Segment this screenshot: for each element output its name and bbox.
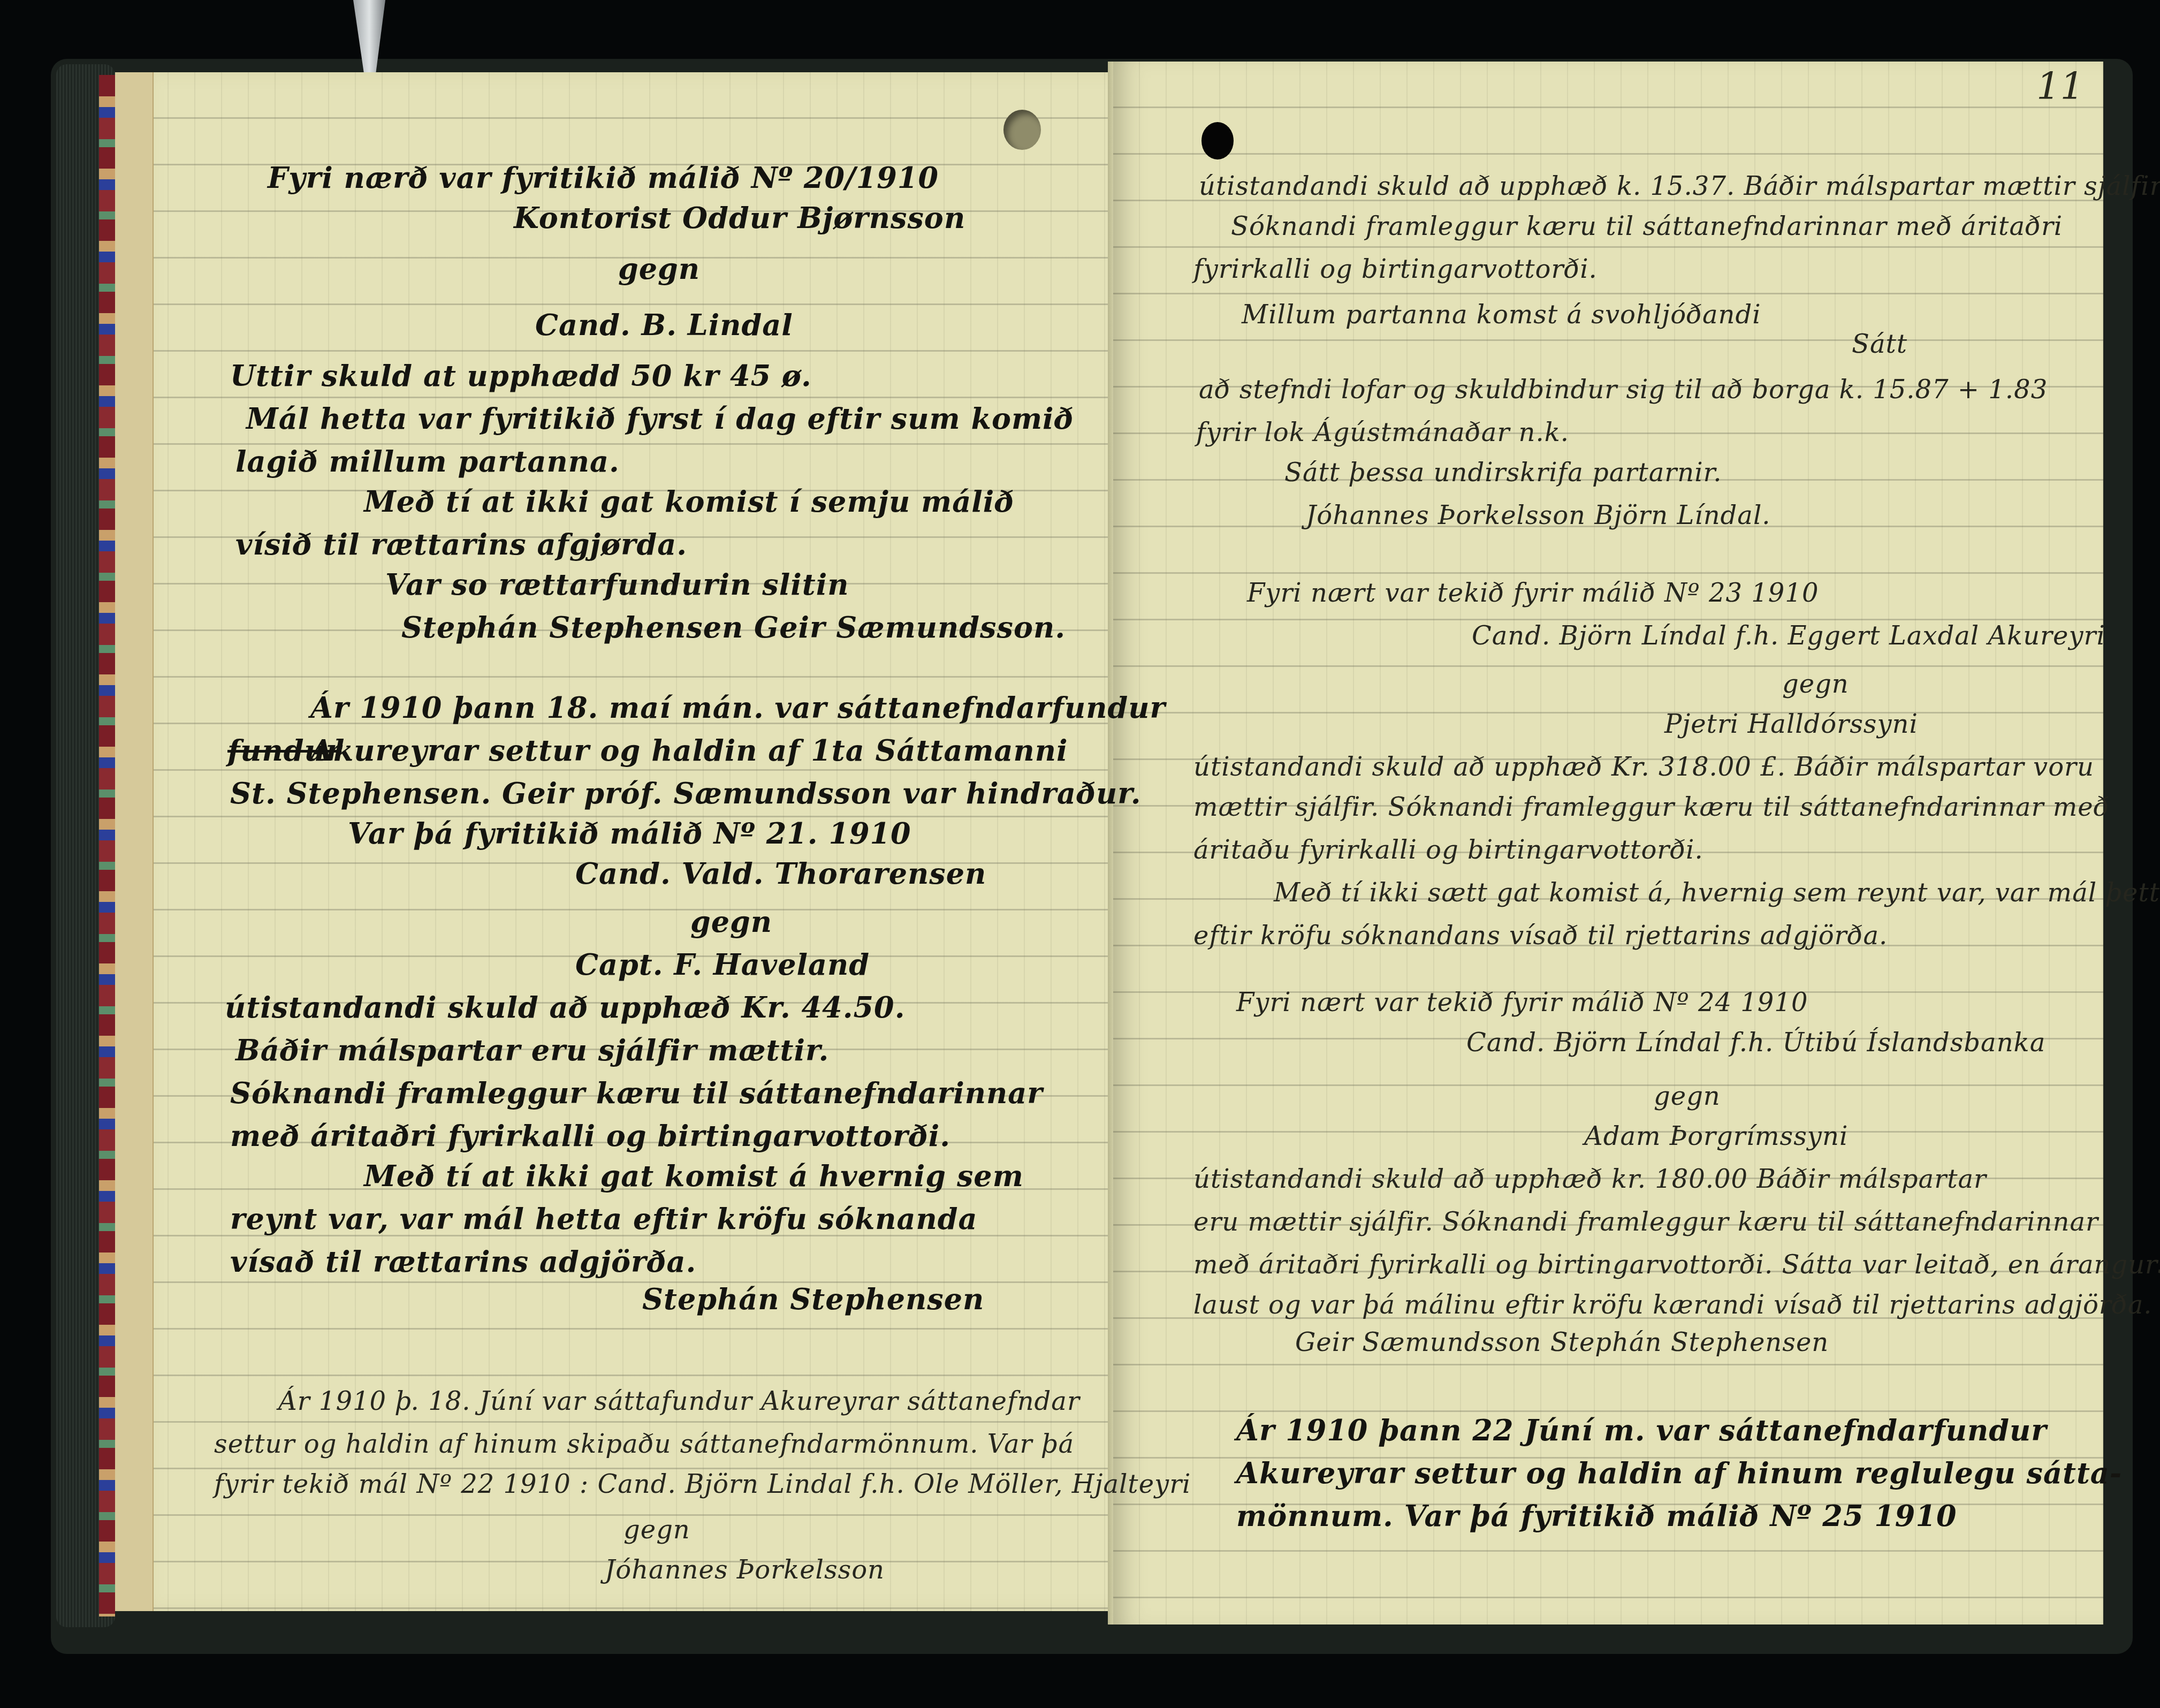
right-page-line: Akureyrar settur og haldin af hinum regl…: [1236, 1456, 2122, 1490]
left-page-line: Ár 1910 þ. 18. Júní var sáttafundur Akur…: [278, 1386, 1080, 1416]
left-page-line: Uttir skuld at upphædd 50 kr 45 ø.: [230, 359, 812, 393]
left-page-line: gegn: [618, 252, 700, 286]
left-page-line: Capt. F. Haveland: [575, 947, 870, 982]
left-page-line: Jóhannes Þorkelsson: [605, 1555, 885, 1585]
right-page-line: Jóhannes Þorkelsson Björn Líndal.: [1306, 500, 1771, 530]
left-page-line: gegn: [690, 905, 772, 939]
left-page-line: Akureyrar settur og haldin af 1ta Sáttam…: [310, 733, 1068, 768]
right-page-line: gegn: [1782, 669, 1849, 699]
right-page-line: Adam Þorgrímssyni: [1584, 1121, 1848, 1151]
right-page-line: Millum partanna komst á svohljóðandi: [1242, 300, 1761, 330]
left-page-line: Sóknandi framleggur kæru til sáttanefnda…: [230, 1076, 1043, 1110]
left-page-line: með áritaðri fyrirkalli og birtingarvott…: [230, 1119, 950, 1153]
left-page-line: settur og haldin af hinum skipaðu sáttan…: [214, 1429, 1074, 1459]
left-page-line: Með tí at ikki gat komist á hvernig sem: [364, 1159, 1024, 1193]
left-page-line: St. Stephensen. Geir próf. Sæmundsson va…: [230, 776, 1141, 810]
left-page-line: Ár 1910 þann 18. maí mán. var sáttanefnd…: [310, 690, 1166, 725]
punch-hole-left: [1003, 110, 1041, 150]
right-page-line: fyrir lok Ágústmánaðar n.k.: [1196, 417, 1569, 447]
right-page-line: Cand. Björn Líndal f.h. Útibú Íslandsban…: [1466, 1028, 2045, 1058]
right-page-line: Fyri nært var tekið fyrir málið Nº 23 19…: [1247, 578, 1819, 608]
left-page-edge: [115, 72, 154, 1611]
right-page-line: útistandandi skuld að upphæð k. 15.37. B…: [1199, 171, 2160, 201]
right-page-line: laust og var þá málinu eftir kröfu kæran…: [1193, 1290, 2153, 1320]
right-page-line: Ár 1910 þann 22 Júní m. var sáttanefndar…: [1236, 1413, 2047, 1447]
page-number: 11: [2036, 64, 2084, 108]
right-page-line: Cand. Björn Líndal f.h. Eggert Laxdal Ak…: [1472, 621, 2105, 651]
right-page-line: eru mættir sjálfir. Sóknandi framleggur …: [1193, 1207, 2098, 1237]
left-page-line: Var so rættarfundurin slitin: [385, 567, 849, 602]
left-page-line: Stephán Stephensen Geir Sæmundsson.: [401, 610, 1066, 644]
right-page-line: útistandandi skuld að upphæð kr. 180.00 …: [1193, 1164, 1987, 1194]
left-page-line: Kontorist Oddur Bjørnsson: [514, 201, 965, 235]
marbled-endpaper: [99, 75, 115, 1616]
left-page-line: Fyri nærð var fyritikið málið Nº 20/1910: [268, 161, 939, 195]
left-page-line: Með tí at ikki gat komist í semju málið: [364, 484, 1014, 519]
right-page-line: Sátt þessa undirskrifa partarnir.: [1284, 458, 1722, 488]
left-page-line: Stephán Stephensen: [642, 1282, 984, 1316]
left-page-line: Cand. B. Lindal: [535, 308, 793, 342]
left-page-line: gegn: [623, 1515, 690, 1545]
left-page-line: Cand. Vald. Thorarensen: [575, 856, 986, 891]
right-page-line: mættir sjálfir. Sóknandi framleggur kæru…: [1193, 792, 2110, 822]
left-page-line: Var þá fyritikið málið Nº 21. 1910: [348, 816, 911, 851]
right-page-line: áritaðu fyrirkalli og birtingarvottorði.: [1193, 835, 1703, 865]
right-page-line: útistandandi skuld að upphæð Kr. 318.00 …: [1193, 752, 2094, 782]
right-page-line: eftir kröfu sóknandans vísað til rjettar…: [1193, 921, 1888, 951]
right-page-line: Fyri nært var tekið fyrir málið Nº 24 19…: [1236, 988, 1808, 1018]
right-page-line: mönnum. Var þá fyritikið málið Nº 25 191…: [1236, 1499, 1957, 1533]
right-page-line: Með tí ikki sætt gat komist á, hvernig s…: [1274, 878, 2160, 908]
right-page-line: fyrirkalli og birtingarvottorði.: [1193, 254, 1598, 284]
left-page-line: Mál hetta var fyritikið fyrst í dag efti…: [246, 401, 1074, 436]
left-page-line: fyrir tekið mál Nº 22 1910 : Cand. Björn…: [214, 1469, 1191, 1499]
left-page-line: vísið til rættarins afgjørda.: [235, 527, 687, 561]
right-page-line: Sóknandi framleggur kæru til sáttanefnda…: [1231, 211, 2063, 241]
right-page-line: Geir Sæmundsson Stephán Stephensen: [1295, 1327, 1829, 1357]
left-page-line: Báðir málspartar eru sjálfir mættir.: [235, 1033, 829, 1067]
left-page-line: útistandandi skuld að upphæð Kr. 44.50.: [225, 990, 905, 1024]
right-page-line: Pjetri Halldórssyni: [1664, 709, 1918, 739]
right-page-line: með áritaðri fyrirkalli og birtingarvott…: [1193, 1250, 2160, 1280]
left-page-line: lagið millum partanna.: [235, 444, 620, 479]
left-page-line: reynt var, var mál hetta eftir kröfu sók…: [230, 1202, 978, 1236]
punch-hole-right: [1201, 122, 1234, 160]
right-page-line: að stefndi lofar og skuldbindur sig til …: [1199, 375, 2048, 405]
right-page-line: gegn: [1654, 1081, 1721, 1111]
right-page-line: Sátt: [1852, 329, 1907, 359]
left-page-line: vísað til rættarins adgjörða.: [230, 1244, 696, 1279]
